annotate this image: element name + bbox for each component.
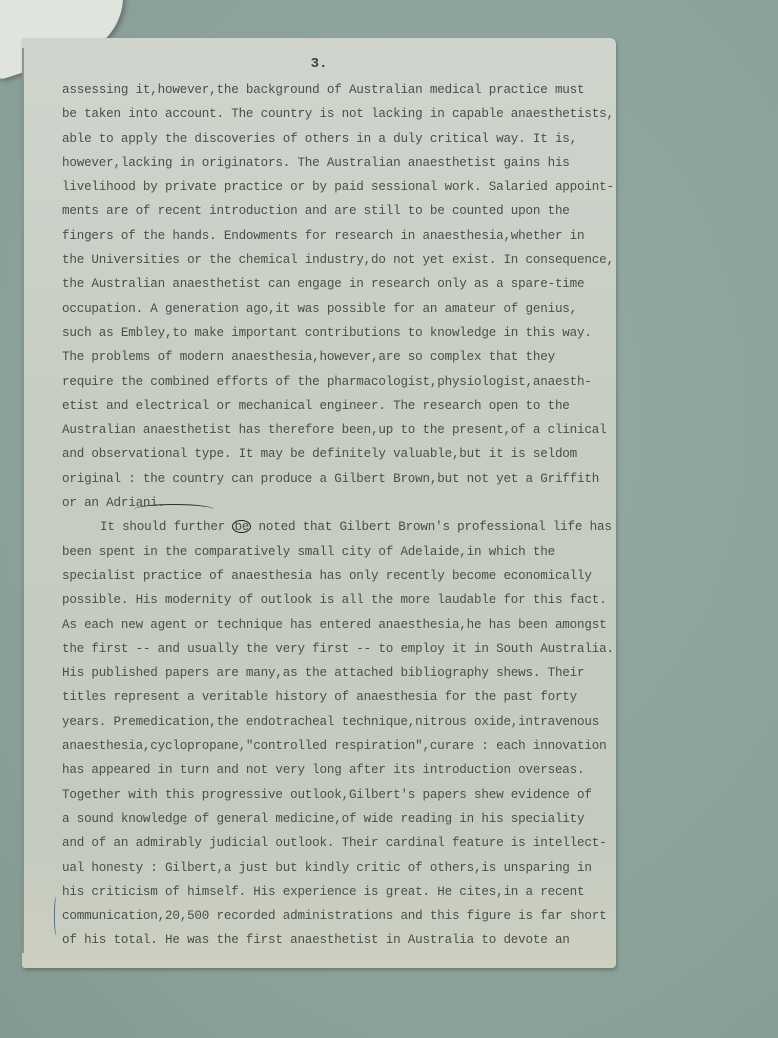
text-line: the first -- and usually the very first … <box>62 637 612 661</box>
text-line: ments are of recent introduction and are… <box>62 199 612 223</box>
text-line: As each new agent or technique has enter… <box>62 613 612 637</box>
text-line: the Australian anaesthetist can engage i… <box>62 272 612 296</box>
text-line: such as Embley,to make important contrib… <box>62 321 612 345</box>
text-line: occupation. A generation ago,it was poss… <box>62 297 612 321</box>
text-line: It should further be noted that Gilbert … <box>62 515 612 539</box>
page-edge <box>22 48 24 953</box>
text-line: Australian anaesthetist has therefore be… <box>62 418 612 442</box>
text-line: original : the country can produce a Gil… <box>62 467 612 491</box>
text-line: has appeared in turn and not very long a… <box>62 758 612 782</box>
document-page: 3. assessing it,however,the background o… <box>22 38 616 968</box>
page-number: 3. <box>22 56 616 72</box>
text-line: Together with this progressive outlook,G… <box>62 783 612 807</box>
text-line: been spent in the comparatively small ci… <box>62 540 612 564</box>
text-line: etist and electrical or mechanical engin… <box>62 394 612 418</box>
text-line: fingers of the hands. Endowments for res… <box>62 224 612 248</box>
text-line: his criticism of himself. His experience… <box>62 880 612 904</box>
text-line: the Universities or the chemical industr… <box>62 248 612 272</box>
text-line: specialist practice of anaesthesia has o… <box>62 564 612 588</box>
text-line: anaesthesia,cyclopropane,"controlled res… <box>62 734 612 758</box>
text-line: possible. His modernity of outlook is al… <box>62 588 612 612</box>
text-line: years. Premedication,the endotracheal te… <box>62 710 612 734</box>
text-line: His published papers are many,as the att… <box>62 661 612 685</box>
text-line: titles represent a veritable history of … <box>62 685 612 709</box>
text-line: a sound knowledge of general medicine,of… <box>62 807 612 831</box>
text-line: livelihood by private practice or by pai… <box>62 175 612 199</box>
text-line: of his total. He was the first anaesthet… <box>62 928 612 952</box>
text-line: and observational type. It may be defini… <box>62 442 612 466</box>
text-line: assessing it,however,the background of A… <box>62 78 612 102</box>
text-segment: It should further <box>100 520 232 534</box>
text-segment: noted that Gilbert Brown's professional … <box>251 520 612 534</box>
text-line: The problems of modern anaesthesia,howev… <box>62 345 612 369</box>
handwritten-margin-mark <box>54 896 61 936</box>
text-line: able to apply the discoveries of others … <box>62 127 612 151</box>
text-line: however,lacking in originators. The Aust… <box>62 151 612 175</box>
body-text: assessing it,however,the background of A… <box>62 78 612 953</box>
circled-word: be <box>232 520 251 533</box>
text-line: and of an admirably judicial outlook. Th… <box>62 831 612 855</box>
text-line: or an Adriani. <box>62 491 612 515</box>
text-line: be taken into account. The country is no… <box>62 102 612 126</box>
text-line: communication,20,500 recorded administra… <box>62 904 612 928</box>
text-line: ual honesty : Gilbert,a just but kindly … <box>62 856 612 880</box>
text-line: require the combined efforts of the phar… <box>62 370 612 394</box>
